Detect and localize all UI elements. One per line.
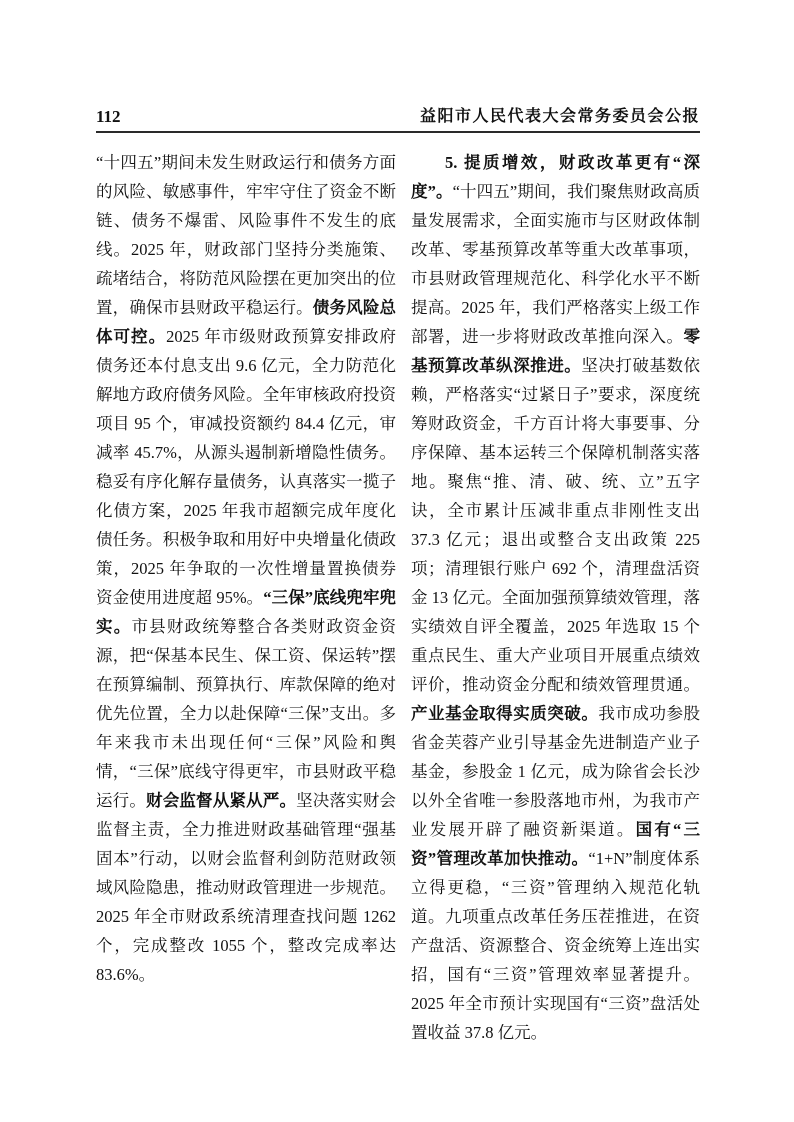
page-number: 112 (96, 106, 121, 128)
right-column: 5. 提质增效，财政改革更有“深度”。“十四五”期间，我们聚焦财政高质量发展需求… (411, 148, 700, 1047)
text-run: 市县财政统筹整合各类财政资金资源，把“保基本民生、保工资、保运转”摆在预算编制、… (96, 617, 396, 810)
text-run: 我市成功参股省金芙蓉产业引导基金先进制造产业子基金，参股金 1 亿元，成为除省会… (411, 704, 700, 839)
left-column-paragraph: “十四五”期间未发生财政运行和债务方面的风险、敏感事件，牢牢守住了资金不断链、债… (96, 148, 396, 989)
right-column-paragraph: 5. 提质增效，财政改革更有“深度”。“十四五”期间，我们聚焦财政高质量发展需求… (411, 148, 700, 1047)
page-header: 112 益阳市人民代表大会常务委员会公报 (96, 106, 700, 133)
left-column: “十四五”期间未发生财政运行和债务方面的风险、敏感事件，牢牢守住了资金不断链、债… (96, 148, 396, 1047)
text-columns: “十四五”期间未发生财政运行和债务方面的风险、敏感事件，牢牢守住了资金不断链、债… (96, 148, 700, 1047)
text-run: 坚决落实财会监督主责，全力推进财政基础管理“强基固本”行动，以财会监督利剑防范财… (96, 791, 396, 984)
header-title: 益阳市人民代表大会常务委员会公报 (420, 106, 700, 128)
text-run: “十四五”期间未发生财政运行和债务方面的风险、敏感事件，牢牢守住了资金不断链、债… (96, 153, 396, 317)
text-run: 2025 年市级财政预算安排政府债务还本付息支出 9.6 亿元，全力防范化解地方… (96, 327, 396, 607)
text-run: “1+N”制度体系立得更稳，“三资”管理纳入规范化轨道。九项重点改革任务压茬推进… (411, 849, 700, 1042)
text-run: “十四五”期间，我们聚焦财政高质量发展需求，全面实施市与区财政体制改革、零基预算… (411, 182, 700, 346)
bold-text-run: 产业基金取得实质突破。 (411, 704, 598, 723)
bold-text-run: 财会监督从紧从严。 (146, 791, 296, 810)
bulletin-page: 112 益阳市人民代表大会常务委员会公报 “十四五”期间未发生财政运行和债务方面… (0, 0, 794, 1122)
text-run: 坚决打破基数依赖，严格落实“过紧日子”要求，深度统筹财政资金，千方百计将大事要事… (411, 356, 700, 694)
